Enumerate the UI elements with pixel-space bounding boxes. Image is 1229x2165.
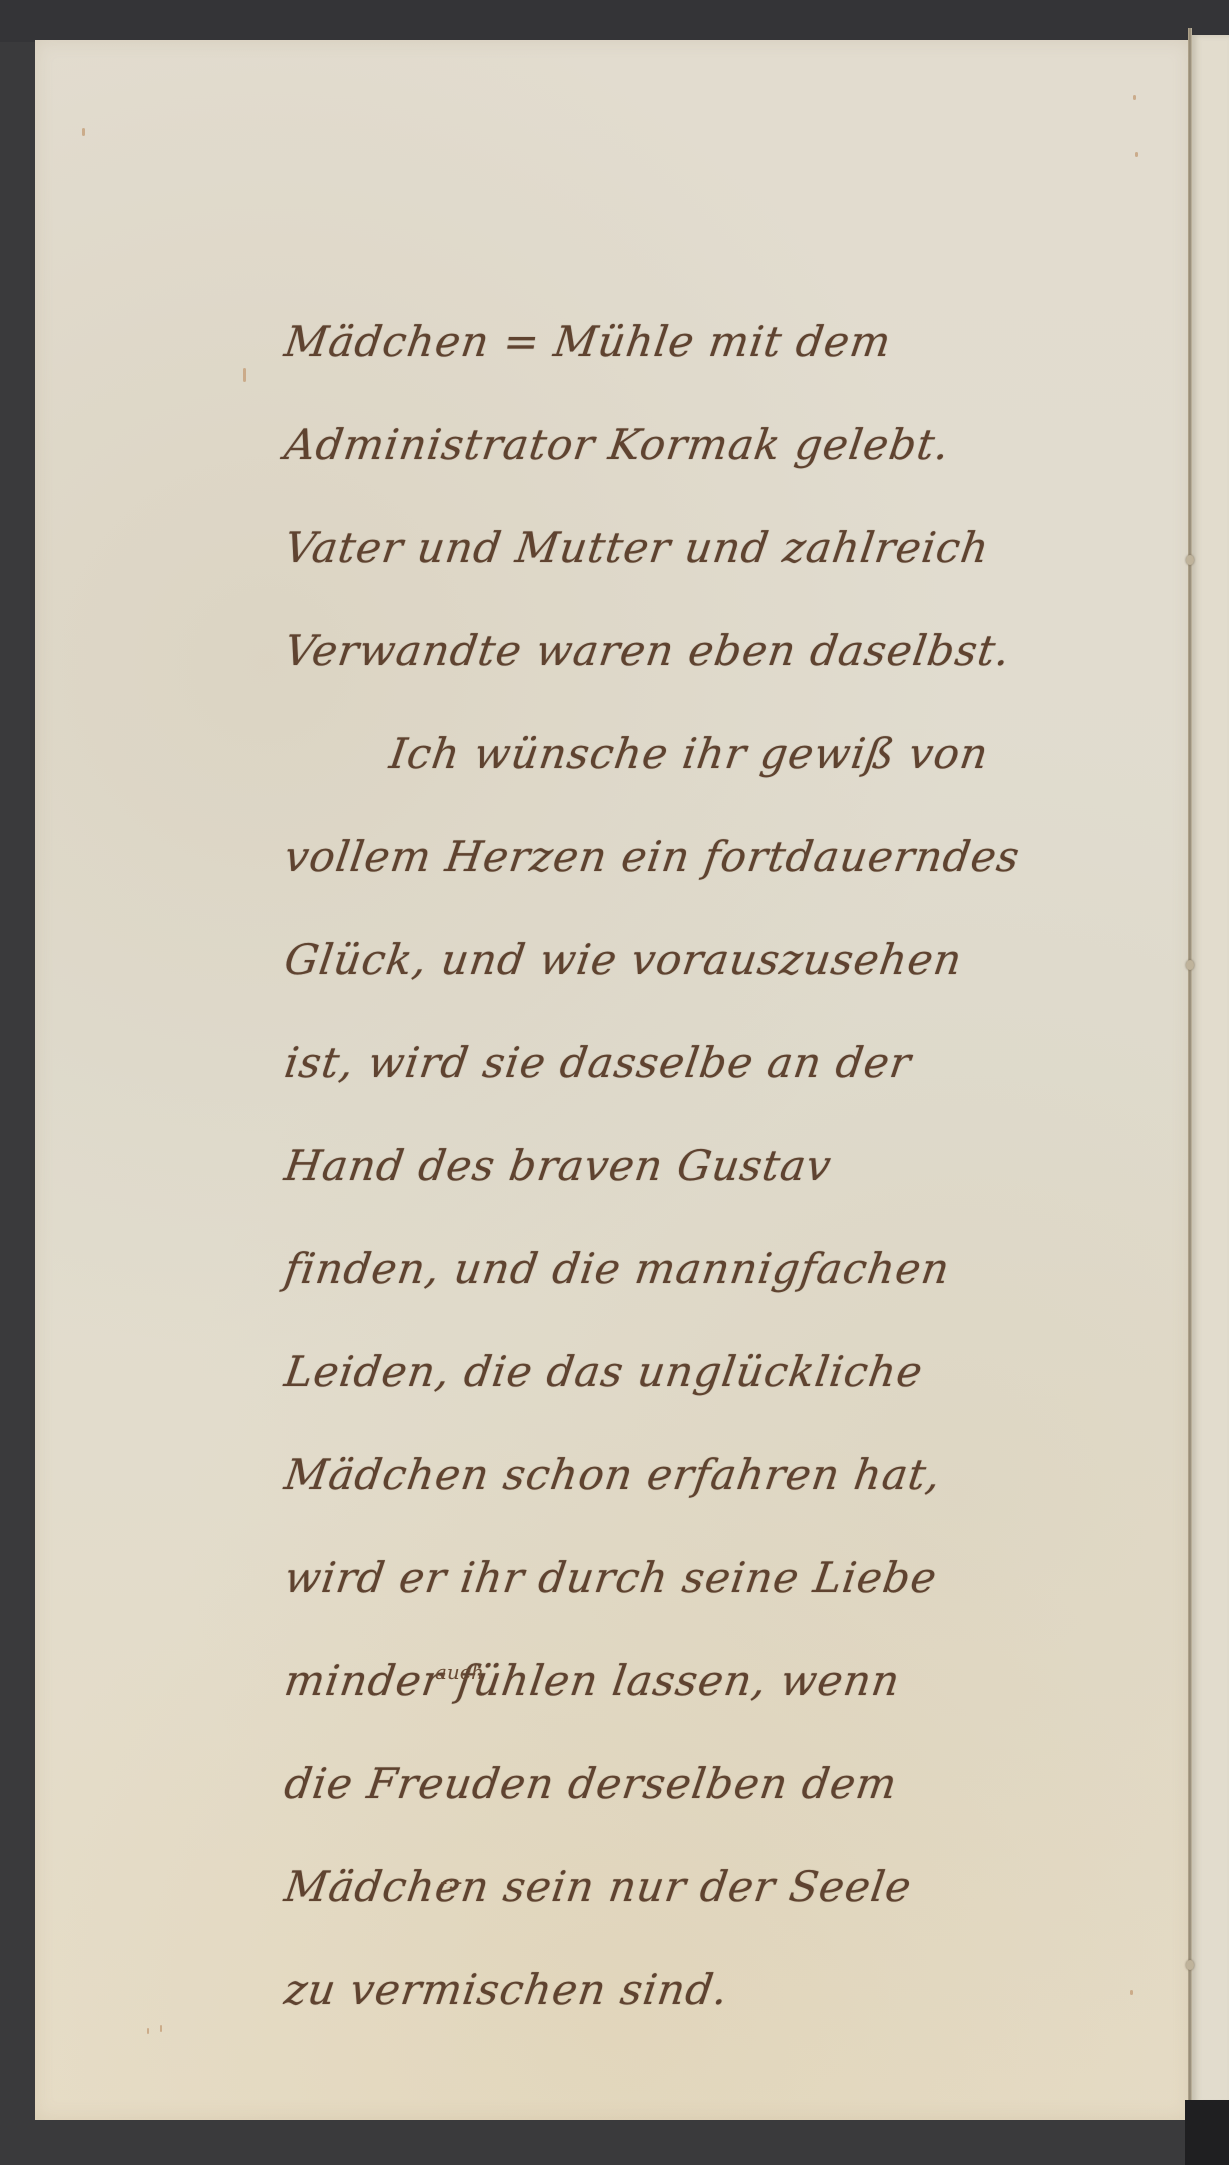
binding-stitch [1186,555,1194,565]
manuscript-line: minder fühlen lassen, wenn [278,1629,1122,1732]
paper-speck [1130,1990,1133,1995]
manuscript-line-paragraph-start: Ich wünsche ihr gewiß von [278,702,1122,805]
manuscript-line: Vater und Mutter und zahlreich [278,496,1122,599]
manuscript-line: Glück, und wie vorauszusehen [278,908,1122,1011]
manuscript-line: Mädchen schon erfahren hat, [278,1423,1122,1526]
manuscript-line: finden, und die mannigfachen [278,1217,1122,1320]
manuscript-line: wird er ihr durch seine Liebe [278,1526,1122,1629]
binding-fold [1188,28,1192,2138]
paper-speck [82,128,85,136]
manuscript-line: Mädchen = Mühle mit dem [278,290,1122,393]
paper-speck [1133,95,1136,100]
manuscript-line: vollem Herzen ein fortdauerndes [278,805,1122,908]
manuscript-line: Hand des braven Gustav [278,1114,1122,1217]
manuscript-line: ist, wird sie dasselbe an der [278,1011,1122,1114]
manuscript-line: Verwandte waren eben daselbst. [278,599,1122,702]
manuscript-line: Leiden, die das unglückliche [278,1320,1122,1423]
adjacent-page-edge [1192,35,1229,2105]
paper-speck [147,2028,149,2034]
interlinear-insertion: auch [435,1660,484,1684]
paper-speck [1135,152,1138,157]
manuscript-line: Administrator Kormak gelebt. [278,393,1122,496]
handwritten-text: Mädchen = Mühle mit dem Administrator Ko… [285,290,1115,2041]
paper-speck [160,2025,162,2032]
dark-backdrop-top [0,0,1229,42]
binding-stitch [1186,1960,1194,1970]
manuscript-line: zu vermischen sind. [278,1938,1122,2041]
binding-stitch [1186,960,1194,970]
closing-flourish: -:- [440,1870,462,1895]
manuscript-line: die Freuden derselben dem [278,1732,1122,1835]
manuscript-line: Mädchen sein nur der Seele [278,1835,1122,1938]
dark-backdrop-corner [1185,2100,1229,2165]
paper-speck [243,368,246,382]
